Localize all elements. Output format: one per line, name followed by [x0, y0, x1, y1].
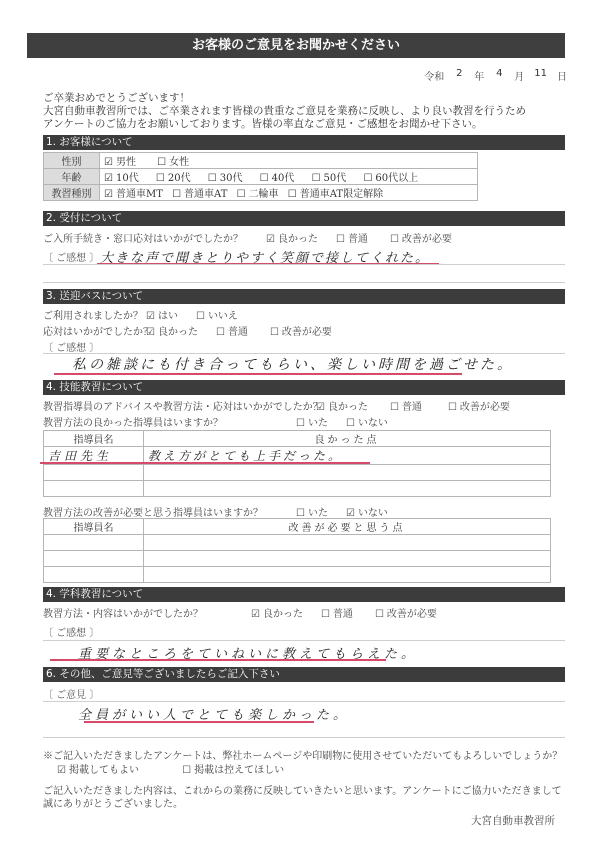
closing-line: 誠にありがとうございました。 [43, 798, 562, 811]
bus-service-question-row: 応対はいかがでしたか？ ☑良かった ☐普通 ☐改善が必要 [43, 323, 350, 338]
checked-box-icon: ☑ [57, 765, 66, 776]
checkbox-classroom-needs-improvement[interactable]: ☐改善が必要 [375, 605, 437, 620]
checkbox-course-mt[interactable]: ☑普通車MT [104, 185, 163, 200]
red-underline [40, 462, 370, 464]
unchecked-box-icon: ☐ [296, 418, 305, 429]
checked-box-icon: ☑ [266, 234, 275, 245]
checkbox-bus-yes[interactable]: ☑はい [146, 307, 178, 322]
unchecked-box-icon: ☐ [363, 173, 372, 184]
checkbox-age-40s[interactable]: ☐40代 [260, 169, 295, 184]
table-row-gender: 性別 ☑男性 ☐女性 [44, 153, 478, 169]
option-label: 普通車MT [116, 189, 163, 200]
column-header: 指導員名 [44, 519, 144, 535]
good-point-field[interactable] [144, 481, 551, 497]
unchecked-box-icon: ☐ [390, 402, 399, 413]
option-label: 60代以上 [375, 173, 418, 184]
checkbox-classroom-good[interactable]: ☑良かった [251, 605, 303, 620]
publish-options-row: ☑掲載してもよい ☐掲載は控えてほしい [57, 764, 302, 777]
checkbox-good-instructor-no[interactable]: ☐いない [346, 414, 388, 429]
improve-point-field[interactable] [144, 551, 551, 567]
divider-line [43, 282, 565, 283]
checked-box-icon: ☑ [146, 311, 155, 322]
options-cell: ☑10代 ☐20代 ☐30代 ☐40代 ☐50代 ☐60代以上 [100, 169, 478, 185]
checkbox-female[interactable]: ☐女性 [157, 153, 189, 168]
question-text: 応対はいかがでしたか？ [43, 323, 146, 338]
option-label: 男性 [116, 157, 136, 168]
unchecked-box-icon: ☐ [321, 609, 330, 620]
divider-line [43, 737, 565, 738]
table-row-course: 教習種別 ☑普通車MT ☐普通車AT ☐二輪車 ☐普通車AT限定解除 [44, 185, 478, 201]
section-heading-shuttle-bus: 3. 送迎バスについて [43, 289, 565, 304]
checked-box-icon: ☑ [104, 157, 113, 168]
checkbox-classroom-normal[interactable]: ☐普通 [321, 605, 353, 620]
option-label: いいえ [208, 311, 238, 322]
row-label: 年齢 [44, 169, 100, 185]
option-label: 40代 [272, 173, 295, 184]
comment-label: 〔 ご感想 〕 [43, 339, 99, 354]
checkbox-age-50s[interactable]: ☐50代 [312, 169, 347, 184]
option-label: 改善が必要 [282, 327, 332, 338]
reception-question-row: ご入所手続き・窓口応対はいかがでしたか？ ☑良かった ☐普通 ☐改善が必要 [43, 230, 470, 245]
checkbox-bus-good[interactable]: ☑良かった [146, 323, 198, 338]
table-header-row: 指導員名 改善が必要と思う点 [44, 519, 551, 535]
options-cell: ☑男性 ☐女性 [100, 153, 478, 169]
option-label: 良かった [263, 609, 303, 620]
option-label: 二輪車 [249, 189, 279, 200]
unchecked-box-icon: ☐ [157, 157, 166, 168]
instructor-name-field[interactable] [44, 567, 144, 583]
option-label: いない [358, 418, 388, 429]
checked-box-icon: ☑ [104, 189, 113, 200]
option-label: 改善が必要 [402, 234, 452, 245]
improve-point-field[interactable] [144, 535, 551, 551]
checkbox-bus-needs-improvement[interactable]: ☐改善が必要 [270, 323, 332, 338]
option-label: 普通 [402, 402, 422, 413]
column-header: 良かった点 [144, 431, 551, 447]
table-row [44, 551, 551, 567]
checked-box-icon: ☑ [251, 609, 260, 620]
instructor-name-field[interactable] [44, 465, 144, 481]
question-text: ご利用されましたか？ [43, 307, 146, 322]
option-label: 女性 [169, 157, 189, 168]
date-year-field[interactable]: 2 [454, 68, 464, 83]
section-heading-reception: 2. 受付について [43, 211, 565, 226]
divider-line [43, 264, 565, 265]
question-text: 教習指導員のアドバイスや教習方法・応対はいかがでしたか？ [43, 398, 316, 413]
section-heading-customer: 1. お客様について [43, 135, 565, 150]
section-heading-practical-lessons: 4. 技能教習について [43, 380, 565, 395]
option-label: 10代 [116, 173, 139, 184]
date-year-unit: 年 [474, 68, 484, 83]
checkbox-publish-ok[interactable]: ☑掲載してもよい [57, 764, 139, 777]
instructor-name-field[interactable] [44, 535, 144, 551]
date-month-field[interactable]: 4 [494, 68, 504, 83]
unchecked-box-icon: ☐ [336, 234, 345, 245]
checked-box-icon: ☑ [316, 402, 325, 413]
section-heading-other-comments: 6. その他、ご意見等ございましたらご記入下さい [43, 667, 565, 682]
unchecked-box-icon: ☐ [237, 189, 246, 200]
classroom-question-row: 教習方法・内容はいかがでしたか？ ☑良かった ☐普通 ☐改善が必要 [43, 605, 455, 620]
comment-label: 〔 ご感想 〕 [43, 249, 99, 264]
checkbox-course-motorcycle[interactable]: ☐二輪車 [237, 185, 279, 200]
red-underline [54, 373, 462, 375]
option-label: 改善が必要 [387, 609, 437, 620]
checkbox-good-instructor-yes[interactable]: ☐いた [296, 414, 328, 429]
checkbox-reception-good[interactable]: ☑良かった [266, 230, 318, 245]
option-label: 改善が必要 [460, 402, 510, 413]
unchecked-box-icon: ☐ [172, 189, 181, 200]
improve-point-field[interactable] [144, 567, 551, 583]
publish-question: ※ご記入いただきましたアンケートは、弊社ホームページや印刷物に使用させていただい… [43, 750, 562, 763]
unchecked-box-icon: ☐ [182, 765, 191, 776]
date-day-unit: 日 [557, 68, 567, 83]
question-text: ご入所手続き・窓口応対はいかがでしたか？ [43, 230, 266, 245]
option-label: 良かった [278, 234, 318, 245]
table-row [44, 481, 551, 497]
option-label: いた [308, 418, 328, 429]
unchecked-box-icon: ☐ [208, 173, 217, 184]
unchecked-box-icon: ☐ [216, 327, 225, 338]
divider-line [43, 640, 565, 641]
unchecked-box-icon: ☐ [270, 327, 279, 338]
row-label: 性別 [44, 153, 100, 169]
checked-box-icon: ☑ [146, 327, 155, 338]
survey-title: お客様のご意見をお聞かせください [27, 33, 565, 58]
intro-line: アンケートのご協力をお願いしております。皆様の率直なご意見・ご感想をお聞かせ下さ… [43, 118, 526, 131]
comment-label: 〔 ご意見 〕 [43, 686, 99, 701]
checkbox-male[interactable]: ☑男性 [104, 153, 136, 168]
checkbox-bus-no[interactable]: ☐いいえ [196, 307, 238, 322]
options-cell: ☑普通車MT ☐普通車AT ☐二輪車 ☐普通車AT限定解除 [100, 185, 478, 201]
intro-line: 大宮自動車教習所では、ご卒業されます皆様の貴重なご意見を業務に反映し、より良い教… [43, 105, 526, 118]
customer-info-table: 性別 ☑男性 ☐女性 年齢 ☑10代 ☐20代 ☐30代 ☐40代 ☐50代 ☐… [43, 152, 478, 201]
checkbox-publish-decline[interactable]: ☐掲載は控えてほしい [182, 764, 284, 777]
checkbox-instructor-needs-improvement[interactable]: ☐改善が必要 [448, 398, 510, 413]
option-label: はい [158, 311, 178, 322]
option-label: 掲載してもよい [69, 765, 139, 776]
option-label: 普通 [228, 327, 248, 338]
checkbox-reception-needs-improvement[interactable]: ☐改善が必要 [390, 230, 452, 245]
table-header-row: 指導員名 良かった点 [44, 431, 551, 447]
bus-usage-question-row: ご利用されましたか？ ☑はい ☐いいえ [43, 307, 256, 322]
improve-instructor-table: 指導員名 改善が必要と思う点 [43, 518, 551, 583]
instructor-name-field[interactable] [44, 551, 144, 567]
unchecked-box-icon: ☐ [375, 609, 384, 620]
date-day-field[interactable]: 11 [534, 68, 547, 83]
checkbox-age-10s[interactable]: ☑10代 [104, 169, 139, 184]
unchecked-box-icon: ☐ [448, 402, 457, 413]
checkbox-age-60s-plus[interactable]: ☐60代以上 [363, 169, 418, 184]
date-month-unit: 月 [514, 68, 524, 83]
checkbox-course-at[interactable]: ☐普通車AT [172, 185, 227, 200]
row-label: 教習種別 [44, 185, 100, 201]
unchecked-box-icon: ☐ [346, 418, 355, 429]
option-label: 良かった [328, 402, 368, 413]
checkbox-improve-instructor-yes[interactable]: ☐いた [296, 504, 328, 519]
option-label: 掲載は控えてほしい [194, 765, 284, 776]
checkbox-improve-instructor-no[interactable]: ☑いない [346, 504, 388, 519]
checkbox-instructor-normal[interactable]: ☐普通 [390, 398, 422, 413]
unchecked-box-icon: ☐ [288, 189, 297, 200]
date-row: 令和 2 年 4 月 11 日 [424, 68, 567, 83]
improve-instructor-question-row: 教習方法の改善が必要と思う指導員はいますか？ ☐いた ☑いない [43, 504, 406, 519]
instructor-name-field[interactable] [44, 481, 144, 497]
red-underline [50, 659, 386, 661]
question-text: 教習方法・内容はいかがでしたか？ [43, 605, 251, 620]
comment-label: 〔 ご感想 〕 [43, 624, 99, 639]
good-instructor-question-row: 教習方法の良かった指導員はいますか？ ☐いた ☐いない [43, 414, 406, 429]
good-point-field[interactable] [144, 465, 551, 481]
checkbox-age-30s[interactable]: ☐30代 [208, 169, 243, 184]
checkbox-age-20s[interactable]: ☐20代 [156, 169, 191, 184]
question-text: 教習方法の改善が必要と思う指導員はいますか？ [43, 504, 296, 519]
intro-text: ご卒業おめでとうございます！ 大宮自動車教習所では、ご卒業されます皆様の貴重なご… [43, 92, 526, 131]
column-header: 指導員名 [44, 431, 144, 447]
instructor-question-row: 教習指導員のアドバイスや教習方法・応対はいかがでしたか？ ☑良かった ☐普通 ☐… [43, 398, 528, 413]
option-label: 50代 [324, 173, 347, 184]
option-label: 普通車AT [184, 189, 227, 200]
table-row [44, 465, 551, 481]
divider-line [43, 701, 565, 702]
option-label: 20代 [168, 173, 191, 184]
option-label: 良かった [158, 327, 198, 338]
school-name: 大宮自動車教習所 [471, 813, 555, 828]
unchecked-box-icon: ☐ [312, 173, 321, 184]
checkbox-course-at-limit-removal[interactable]: ☐普通車AT限定解除 [288, 185, 383, 200]
option-label: 普通 [333, 609, 353, 620]
closing-text: ご記入いただきました内容は、これからの業務に反映していきたいと思います。アンケー… [43, 785, 562, 811]
unchecked-box-icon: ☐ [156, 173, 165, 184]
checkbox-instructor-good[interactable]: ☑良かった [316, 398, 368, 413]
unchecked-box-icon: ☐ [390, 234, 399, 245]
table-row [44, 567, 551, 583]
red-underline [84, 721, 314, 723]
date-era: 令和 [424, 68, 444, 83]
option-label: 普通車AT限定解除 [300, 189, 383, 200]
section-heading-classroom-lessons: 4. 学科教習について [43, 587, 565, 602]
unchecked-box-icon: ☐ [260, 173, 269, 184]
column-header: 改善が必要と思う点 [144, 519, 551, 535]
checked-box-icon: ☑ [104, 173, 113, 184]
question-text: 教習方法の良かった指導員はいますか？ [43, 414, 296, 429]
checkbox-reception-normal[interactable]: ☐普通 [336, 230, 368, 245]
checkbox-bus-normal[interactable]: ☐普通 [216, 323, 248, 338]
intro-line: ご卒業おめでとうございます！ [43, 92, 526, 105]
table-row [44, 535, 551, 551]
option-label: 普通 [348, 234, 368, 245]
bus-comment-field[interactable]: 私の雑談にも付き合ってもらい、楽しい時間を過ごせた。 [72, 354, 514, 374]
option-label: 30代 [220, 173, 243, 184]
table-row-age: 年齢 ☑10代 ☐20代 ☐30代 ☐40代 ☐50代 ☐60代以上 [44, 169, 478, 185]
closing-line: ご記入いただきました内容は、これからの業務に反映していきたいと思います。アンケー… [43, 785, 562, 798]
unchecked-box-icon: ☐ [196, 311, 205, 322]
